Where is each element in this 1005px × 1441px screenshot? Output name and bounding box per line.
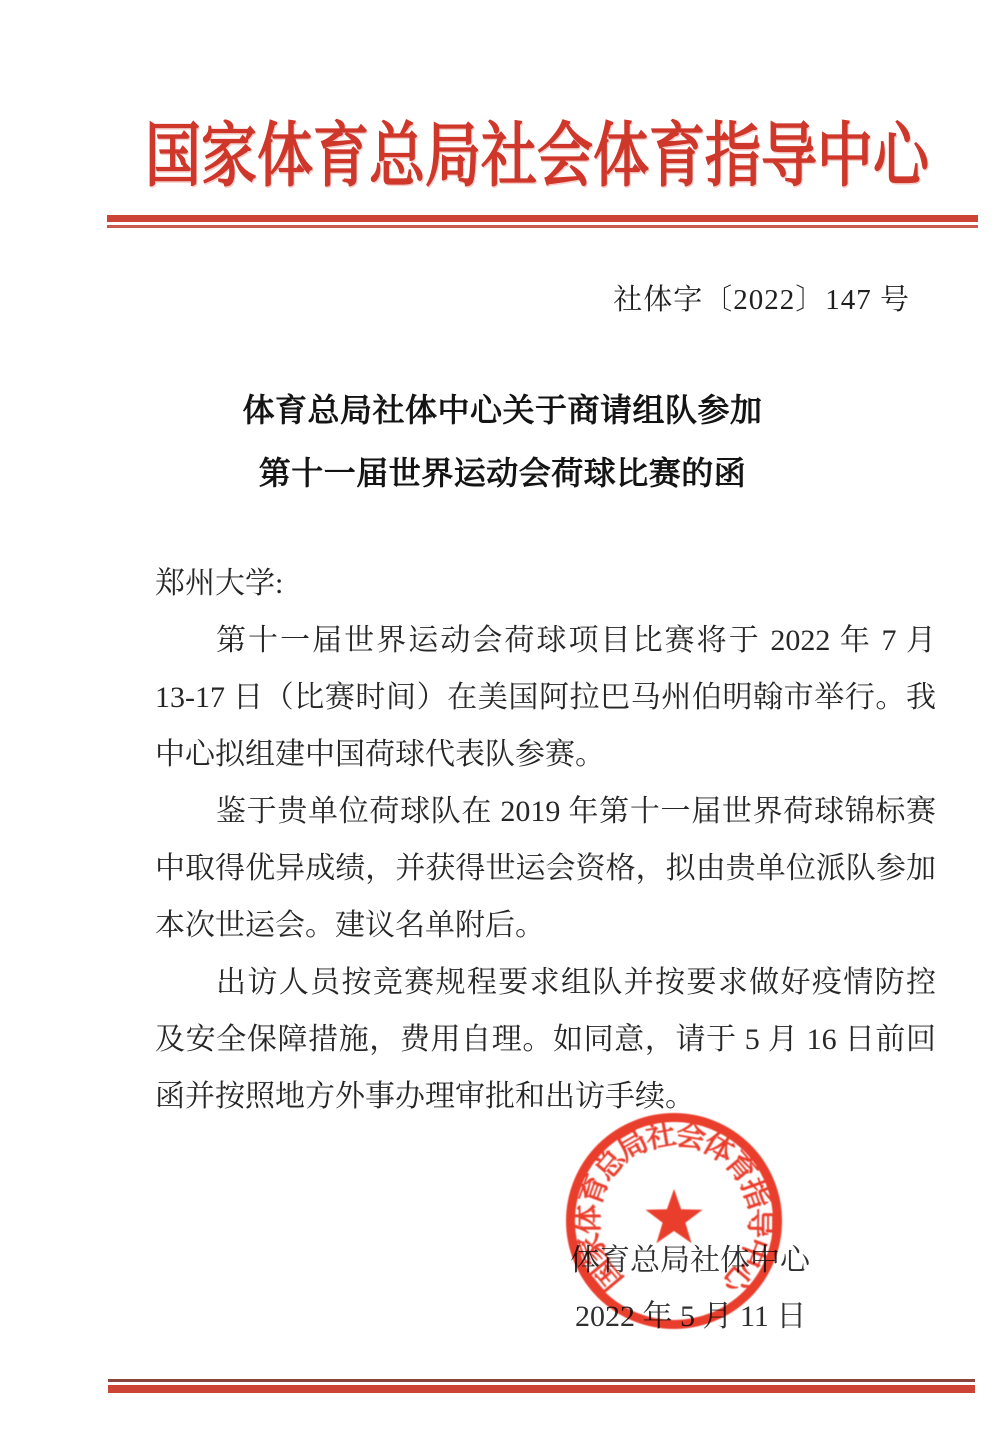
letterhead-divider-thin-line bbox=[107, 225, 978, 228]
signature-date: 2022 年 5 月 11 日 bbox=[575, 1299, 806, 1335]
body-line: 及安全保障措施，费用自理。如同意，请于 5 月 16 日前回 bbox=[155, 1011, 936, 1068]
signature-organization: 体育总局社体中心 bbox=[570, 1243, 810, 1279]
letterhead-title: 国家体育总局社会体育指导中心 bbox=[145, 122, 935, 192]
document-title-line2: 第十一届世界运动会荷球比赛的函 bbox=[0, 442, 1005, 505]
document-title-line1: 体育总局社体中心关于商请组队参加 bbox=[0, 379, 1005, 442]
body-line: 本次世运会。建议名单附后。 bbox=[155, 897, 936, 954]
seal-ring bbox=[571, 1118, 778, 1325]
document-title: 体育总局社体中心关于商请组队参加 第十一届世界运动会荷球比赛的函 bbox=[0, 379, 1005, 505]
letterhead-divider-thick-line bbox=[107, 215, 978, 222]
red-star-icon bbox=[646, 1189, 703, 1243]
body-line: 出访人员按竞赛规程要求组队并按要求做好疫情防控 bbox=[155, 954, 936, 1011]
body-line: 鉴于贵单位荷球队在 2019 年第十一届世界荷球锦标赛 bbox=[155, 783, 936, 840]
body-line: 中取得优异成绩，并获得世运会资格，拟由贵单位派队参加 bbox=[155, 840, 936, 897]
letter-body: 郑州大学: 第十一届世界运动会荷球项目比赛将于 2022 年 7 月13-17 … bbox=[155, 555, 936, 1125]
salutation: 郑州大学: bbox=[155, 555, 936, 612]
footer-divider bbox=[108, 1379, 975, 1393]
document-number: 社体字〔2022〕147 号 bbox=[613, 283, 910, 317]
official-letter-page: 国家体育总局社会体育指导中心 社体字〔2022〕147 号 体育总局社体中心关于… bbox=[0, 0, 1005, 1441]
footer-divider-thick-line bbox=[108, 1385, 975, 1393]
body-line: 13-17 日（比赛时间）在美国阿拉巴马州伯明翰市举行。我 bbox=[155, 669, 936, 726]
body-line: 中心拟组建中国荷球代表队参赛。 bbox=[155, 726, 936, 783]
body-line: 函并按照地方外事办理审批和出访手续。 bbox=[155, 1068, 936, 1125]
body-line: 第十一届世界运动会荷球项目比赛将于 2022 年 7 月 bbox=[155, 612, 936, 669]
body-paragraphs: 第十一届世界运动会荷球项目比赛将于 2022 年 7 月13-17 日（比赛时间… bbox=[155, 612, 936, 1125]
letterhead-divider bbox=[107, 215, 978, 228]
